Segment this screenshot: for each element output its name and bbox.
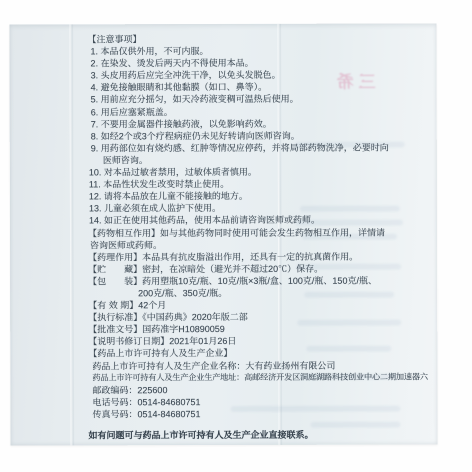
text-line: 【贮 藏】密封，在凉暗处（避光并不超过20℃）保存。 xyxy=(88,262,424,275)
text-line: 5. 用前应充分摇匀，如天冷药液变稠可温热后使用。 xyxy=(88,93,424,106)
text-line: 如有问题可与药品上市许可持有人及生产企业直接联系。 xyxy=(89,428,425,441)
text-line: 邮政编码：225600 xyxy=(88,383,424,396)
text-line: 【药品上市许可持有人及生产企业】 xyxy=(88,347,424,360)
text-line: 4. 避免接触眼睛和其他黏膜（如口、鼻等）。 xyxy=(88,81,424,94)
text-line: 200克/瓶、350克/瓶。 xyxy=(88,286,424,299)
text-line: 【有 效 期】42个月 xyxy=(88,299,424,312)
text-line: 药品上市许可持有人及生产企业名称：大有药业扬州有限公司 xyxy=(88,359,424,372)
text-line: 1. 本品仅供外用，不可内服。 xyxy=(88,45,424,58)
text-line: 【执行标准】《中国药典》2020年版二部 xyxy=(88,311,424,324)
text-line: 12. 请将本品放在儿童不能接触的地方。 xyxy=(88,190,424,203)
text-line: 电话号码：0514-84680751 xyxy=(88,395,424,408)
text-line: 【药理作用】本品具有抗皮脂溢出作用，还具有一定的抗真菌作用。 xyxy=(88,250,424,263)
text-line: 9. 用药部位如有烧灼感、红肿等情况应停药，并将局部药物洗净，必要时向 xyxy=(88,141,424,154)
text-line: 7. 不要用金属器件接触药液，以免影响药效。 xyxy=(88,117,424,130)
text-line: 6. 用后应塞紧瓶盖。 xyxy=(88,105,424,118)
leaflet-paper: 三希 【注意事项】1. 本品仅供外用，不可内服。2. 在染发、烫发后两天内不得使… xyxy=(9,23,437,445)
text-line: 传真号码：0514-84680751 xyxy=(88,407,424,420)
leaflet-text: 【注意事项】1. 本品仅供外用，不可内服。2. 在染发、烫发后两天内不得使用本品… xyxy=(87,32,424,441)
text-line: 10. 对本品过敏者禁用，过敏体质者慎用。 xyxy=(88,166,424,179)
text-line: 【批准文号】国药准字H10890059 xyxy=(88,323,424,336)
text-line: 【包 装】药用塑瓶10克/瓶、10克/瓶×3瓶/盒、100克/瓶、150克/瓶、 xyxy=(88,274,424,287)
text-line: 【说明书修订日期】2021年01月26日 xyxy=(88,335,424,348)
text-line: 医师咨询。 xyxy=(88,153,424,166)
text-line: 13. 儿童必须在成人监护下使用。 xyxy=(88,202,424,215)
text-line: 药品上市许可持有人及生产企业生产地址：高邮经济开发区洞庭湖路科技创业中心二期加速… xyxy=(88,371,424,384)
text-line: 3. 头皮用药后应完全冲洗干净，以免头发脱色。 xyxy=(88,69,424,82)
text-line: 2. 在染发、烫发后两天内不得使用本品。 xyxy=(88,57,424,70)
text-line: 【注意事项】 xyxy=(87,32,423,45)
text-line: 11. 本品性状发生改变时禁止使用。 xyxy=(88,178,424,191)
scan-background: 三希 【注意事项】1. 本品仅供外用，不可内服。2. 在染发、烫发后两天内不得使… xyxy=(0,0,472,472)
fold-crease xyxy=(69,24,74,445)
text-line: 咨询医师或药师。 xyxy=(88,238,424,251)
text-line: 【药物相互作用】如与其他药物同时使用可能会发生药物相互作用，详情请 xyxy=(88,226,424,239)
text-line: 14. 如正在使用其他药品，使用本品前请咨询医师或药师。 xyxy=(88,214,424,227)
text-line: 8. 如经2个或3个疗程病症仍未见好转请向医师咨询。 xyxy=(88,129,424,142)
